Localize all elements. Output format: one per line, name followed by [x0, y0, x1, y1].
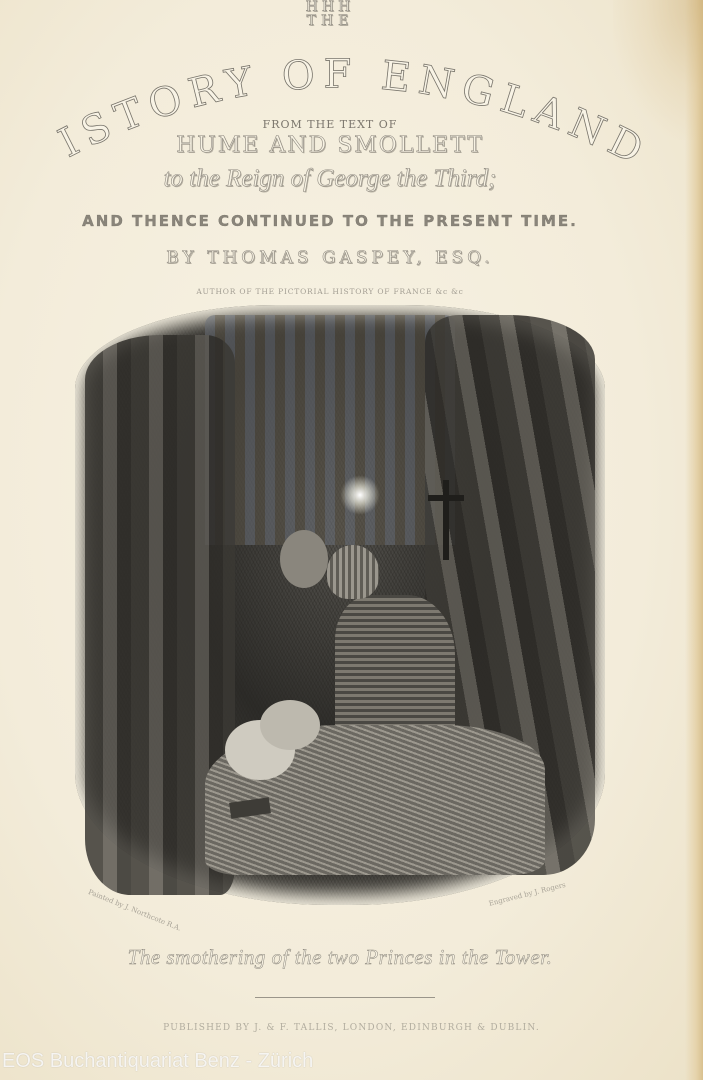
helmet	[327, 545, 379, 599]
top-ornament: HHH	[0, 0, 660, 14]
crucifix-icon	[443, 480, 449, 560]
crucifix-bar	[428, 495, 464, 501]
prince-figure-2	[260, 700, 320, 750]
reign-line: to the Reign of George the Third;	[0, 165, 660, 193]
continued-line: AND THENCE CONTINUED TO THE PRESENT TIME…	[0, 212, 660, 230]
author-note: AUTHOR OF THE PICTORIAL HISTORY OF FRANC…	[0, 287, 660, 296]
from-text: FROM THE TEXT OF	[0, 118, 660, 131]
divider-rule	[255, 997, 435, 998]
title-page: HHH THE HISTORY OF ENGLAND: FROM THE TEX…	[0, 0, 703, 1080]
byline: BY THOMAS GASPEY, ESQ.	[0, 248, 660, 268]
watermark: EOS Buchantiquariat Benz - Zürich	[2, 1050, 313, 1073]
armoured-figure-body	[335, 595, 455, 745]
assassin-figure	[280, 530, 328, 588]
back-wall	[205, 315, 455, 545]
lamp-flame-icon	[340, 475, 380, 515]
source-authors: HUME AND SMOLLETT	[0, 133, 660, 158]
publisher-imprint: PUBLISHED BY J. & F. TALLIS, LONDON, EDI…	[0, 1023, 703, 1033]
engraving-plate	[65, 305, 615, 945]
title-the: THE	[0, 13, 660, 29]
plate-caption: The smothering of the two Princes in the…	[100, 945, 580, 970]
page-edge-stain	[685, 0, 703, 1080]
